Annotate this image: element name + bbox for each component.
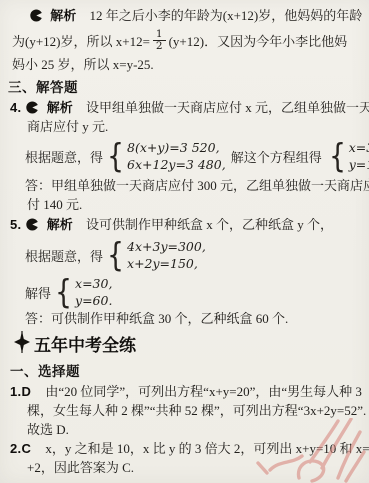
left-brace: {: [107, 238, 124, 272]
q5-lead: 根据题意，得: [25, 246, 103, 265]
q4-mid: 解这个方程组得: [231, 147, 322, 166]
q4-line1: 4. 解析 设甲组单独做一天商店应付 x 元，乙组单独做一天: [0, 98, 369, 117]
analysis-bullet-icon: [30, 8, 43, 27]
section-title-jiedati: 三、解答题: [0, 77, 369, 98]
q4-system1: { 8(x+y)=3 520, 6x+12y=3 480,: [105, 139, 226, 173]
prev-solution-line2: 为(y+12)岁，所以 x+12= 1 2 (y+12)．又因为今年小李比他妈: [0, 25, 369, 55]
q4-number: 4.: [10, 100, 21, 115]
fraction-one-half: 1 2: [153, 29, 166, 52]
q5-equation-row2: 解得 { x=30, y=60.: [0, 275, 369, 309]
prev-solution-text2a: 为(y+12)岁，所以 x+12=: [12, 31, 150, 50]
q5-solution-y: y=60.: [75, 292, 112, 309]
q4-lead: 根据题意，得: [25, 147, 103, 166]
q5-answer: 答：可供制作甲种纸盒 30 个，乙种纸盒 60 个.: [0, 309, 369, 328]
prev-solution-text1: 12 年之后小李的年龄为(x+12)岁，他妈妈的年龄: [90, 8, 363, 23]
q1-text1: 由“20 位同学”，可列出方程“x+y=20”，由“男生每人种 3: [45, 384, 362, 399]
q1-line3: 故选 D.: [0, 420, 369, 439]
five-year-exam-header: 五年中考全练: [0, 333, 369, 359]
q1-number-answer: 1.D: [10, 384, 31, 399]
left-brace: {: [329, 139, 346, 173]
q2-line1: 2.C x，y 之和是 10，x 比 y 的 3 倍大 2，可列出 x+y=10…: [0, 439, 369, 458]
left-brace: {: [55, 275, 72, 309]
q4-equation-row: 根据题意，得 { 8(x+y)=3 520, 6x+12y=3 480, 解这个…: [0, 136, 369, 176]
section-title-choice: 一、选择题: [0, 361, 369, 382]
five-year-exam-title: 五年中考全练: [34, 333, 136, 359]
q4-answer2: 付 140 元.: [0, 195, 369, 214]
prev-solution-line3: 妈小 25 岁，所以 x=y-25.: [0, 55, 369, 74]
q4-solution-y: y=140.: [349, 156, 369, 173]
q4-line2: 商店应付 y 元.: [0, 117, 369, 136]
q5-equation-1: 4x+3y=300,: [127, 238, 206, 255]
q5-solution-x: x=30,: [75, 275, 112, 292]
q1-line2: 棵，女生每人种 2 棵”“共种 52 棵”，可列出方程“3x+2y=52”.: [0, 401, 369, 420]
q2-line2: +2，因此答案为 C.: [0, 458, 369, 477]
q4-equation-2: 6x+12y=3 480,: [127, 156, 226, 173]
q5-system1: { 4x+3y=300, x+2y=150,: [105, 238, 206, 272]
q4-system2: { x=300, y=140.: [327, 139, 369, 173]
q5-equation-row1: 根据题意，得 { 4x+3y=300, x+2y=150,: [0, 235, 369, 275]
fraction-numerator: 1: [153, 29, 166, 41]
analysis-label: 解析: [50, 8, 76, 23]
q4-solution-x: x=300,: [349, 139, 369, 156]
analysis-bullet-icon: [26, 216, 39, 237]
prev-solution-text2b: (y+12)．又因为今年小李比他妈: [169, 31, 348, 50]
q2-number-answer: 2.C: [10, 441, 31, 456]
q5-number: 5.: [10, 217, 21, 232]
q5-intro: 设可供制作甲种纸盒 x 个，乙种纸盒 y 个，: [86, 217, 333, 232]
q4-intro1: 设甲组单独做一天商店应付 x 元，乙组单独做一天: [86, 100, 369, 115]
q2-text1: x，y 之和是 10，x 比 y 的 3 倍大 2，可列出 x+y=10 和 x…: [45, 441, 369, 456]
q4-equation-1: 8(x+y)=3 520,: [127, 139, 226, 156]
q5-lead2: 解得: [25, 283, 51, 302]
q4-answer1: 答：甲组单独做一天商店应付 300 元，乙组单独做一天商店应: [0, 176, 369, 195]
q5-line1: 5. 解析 设可供制作甲种纸盒 x 个，乙种纸盒 y 个，: [0, 214, 369, 235]
q1-line1: 1.D 由“20 位同学”，可列出方程“x+y=20”，由“男生每人种 3: [0, 382, 369, 401]
fraction-denominator: 2: [156, 41, 163, 52]
workbook-page: 解析 12 年之后小李的年龄为(x+12)岁，他妈妈的年龄 为(y+12)岁，所…: [0, 0, 369, 483]
q5-system2: { x=30, y=60.: [53, 275, 112, 309]
analysis-label: 解析: [47, 217, 73, 232]
prev-solution-line1: 解析 12 年之后小李的年龄为(x+12)岁，他妈妈的年龄: [0, 6, 369, 25]
left-brace: {: [107, 139, 124, 173]
star-icon: [14, 331, 30, 361]
q5-equation-2: x+2y=150,: [127, 255, 206, 272]
analysis-label: 解析: [47, 100, 73, 115]
